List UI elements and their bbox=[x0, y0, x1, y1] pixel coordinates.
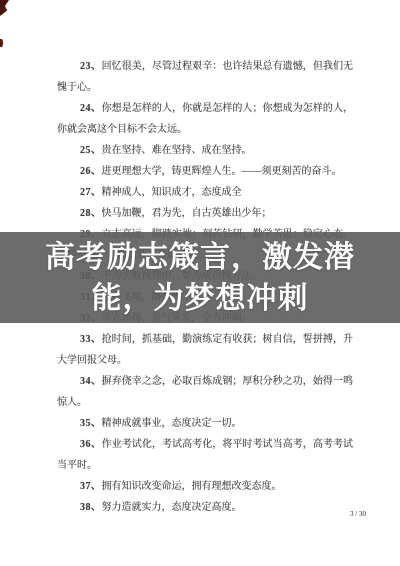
quote-item: 34、摒弃侥幸之念，必取百炼成钢；厚积分秒之功，始得一鸣惊人。 bbox=[57, 371, 353, 413]
quote-text: 努力造就实力，态度决定高度。 bbox=[102, 502, 242, 513]
quote-number: 27、 bbox=[80, 187, 102, 198]
quote-text: 作业考试化，考试高考化，将平时考试当高考，高考考试当平时。 bbox=[57, 439, 353, 471]
quote-text: 回忆很美，尽管过程艰辛：也许结果总有遗憾，但我们无愧于心。 bbox=[57, 61, 353, 93]
edge-stain-icon bbox=[0, 39, 3, 47]
quote-number: 38、 bbox=[80, 502, 102, 513]
quote-text: 你想是怎样的人，你就是怎样的人；你想成为怎样的人，你就会离这个目标不会太远。 bbox=[57, 103, 353, 135]
quote-item: 28、快马加鞭，君为先，自古英雄出少年； bbox=[57, 203, 353, 224]
quote-number: 36、 bbox=[80, 439, 102, 450]
overlay-title-line-2: 能，为梦想冲刺 bbox=[0, 278, 400, 319]
quote-number: 23、 bbox=[80, 61, 102, 72]
quote-number: 26、 bbox=[80, 166, 102, 177]
quote-number: 25、 bbox=[80, 145, 102, 156]
quote-number: 28、 bbox=[80, 208, 102, 219]
quote-number: 24、 bbox=[80, 103, 102, 114]
quote-text: 精神成就事业，态度决定一切。 bbox=[102, 418, 242, 429]
quote-item: 27、精神成人，知识成才，态度成全 bbox=[57, 182, 353, 203]
quote-number: 34、 bbox=[80, 376, 102, 387]
quote-text: 贵在坚持、难在坚持、成在坚持。 bbox=[102, 145, 252, 156]
quote-item: 25、贵在坚持、难在坚持、成在坚持。 bbox=[57, 140, 353, 161]
title-overlay-banner: 高考励志箴言，激发潜 能，为梦想冲刺 bbox=[0, 232, 400, 323]
quote-number: 35、 bbox=[80, 418, 102, 429]
quote-text: 快马加鞭，君为先，自古英雄出少年； bbox=[102, 208, 272, 219]
overlay-title-line-1: 高考励志箴言，激发潜 bbox=[0, 237, 400, 278]
document-page: 23、回忆很美，尽管过程艰辛：也许结果总有遗憾，但我们无愧于心。 24、你想是怎… bbox=[0, 0, 400, 566]
quote-number: 33、 bbox=[80, 334, 102, 345]
quote-text: 摒弃侥幸之念，必取百炼成钢；厚积分秒之功，始得一鸣惊人。 bbox=[57, 376, 353, 408]
quote-item: 26、进更理想大学，铸更辉煌人生。——须更刻苦的奋斗。 bbox=[57, 161, 353, 182]
quote-item: 24、你想是怎样的人，你就是怎样的人；你想成为怎样的人，你就会离这个目标不会太远… bbox=[57, 98, 353, 140]
quote-text: 精神成人，知识成才，态度成全 bbox=[102, 187, 242, 198]
quote-item: 35、精神成就事业，态度决定一切。 bbox=[57, 413, 353, 434]
quote-text: 拥有知识改变命运，拥有理想改变态度。 bbox=[102, 481, 282, 492]
quote-item: 37、拥有知识改变命运，拥有理想改变态度。 bbox=[57, 476, 353, 497]
page-indicator: 3 / 30 bbox=[350, 510, 366, 519]
quote-text: 抢时间，抓基础，勤演练定有收获；树自信，誓拼搏，升大学回报父母。 bbox=[57, 334, 353, 366]
quote-item: 38、努力造就实力，态度决定高度。 bbox=[57, 497, 353, 518]
quote-item: 33、抢时间，抓基础，勤演练定有收获；树自信，誓拼搏，升大学回报父母。 bbox=[57, 329, 353, 371]
corner-stain-icon bbox=[0, 0, 9, 16]
quote-number: 37、 bbox=[80, 481, 102, 492]
quote-item: 23、回忆很美，尽管过程艰辛：也许结果总有遗憾，但我们无愧于心。 bbox=[57, 56, 353, 98]
quote-text: 进更理想大学，铸更辉煌人生。——须更刻苦的奋斗。 bbox=[102, 166, 342, 177]
quote-item: 36、作业考试化，考试高考化，将平时考试当高考，高考考试当平时。 bbox=[57, 434, 353, 476]
